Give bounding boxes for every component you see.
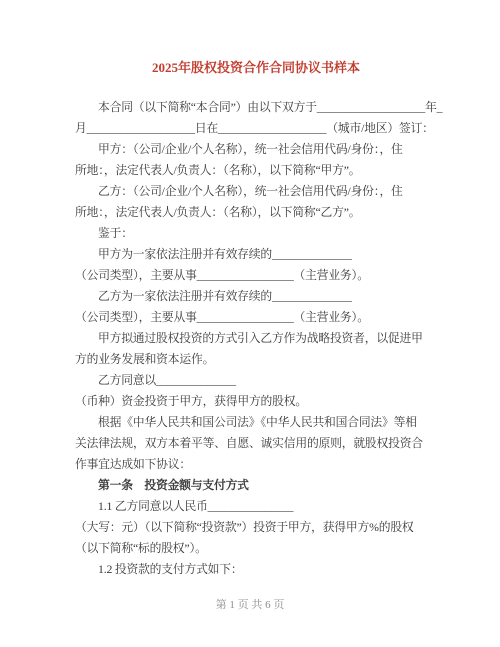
document-line: 乙方为一家依法注册并有效存续的______________ bbox=[75, 286, 437, 307]
document-line: 所地：，法定代表人/负责人：（名称），以下简称“乙方”。 bbox=[75, 202, 437, 223]
document-line: 甲方：（公司/企业/个人名称），统一社会信用代码/身份：，住 bbox=[75, 139, 437, 160]
document-line: 乙方同意以______________ bbox=[75, 370, 437, 391]
document-line: 1.1 乙方同意以人民币_______________ bbox=[75, 496, 437, 517]
document-line: 本合同（以下简称“本合同”）由以下双方于___________________年… bbox=[75, 97, 437, 118]
document-line: （公司类型），主要从事_________________（主营业务）。 bbox=[75, 307, 437, 328]
document-line: （币种）资金投资于甲方，获得甲方的股权。 bbox=[75, 391, 437, 412]
document-line: （以下简称“标的股权”）。 bbox=[75, 538, 437, 559]
document-line: 月___________________日在__________________… bbox=[75, 118, 437, 139]
page-number-footer: 第 1 页 共 6 页 bbox=[0, 595, 500, 616]
document-line: 甲方为一家依法注册并有效存续的______________ bbox=[75, 244, 437, 265]
document-line: 根据《中华人民共和国公司法》《中华人民共和国合同法》等相 bbox=[75, 412, 437, 433]
document-line: 关法律法规，双方本着平等、自愿、诚实信用的原则，就股权投资合 bbox=[75, 433, 437, 454]
document-line: 鉴于： bbox=[75, 223, 437, 244]
document-body: 2025年股权投资合作合同协议书样本 本合同（以下简称“本合同”）由以下双方于_… bbox=[75, 57, 437, 580]
document-line: 第一条 投资金额与支付方式 bbox=[75, 475, 437, 496]
document-line: 甲方拟通过股权投资的方式引入乙方作为战略投资者，以促进甲 bbox=[75, 328, 437, 349]
document-line: 所地：，法定代表人/负责人：（名称），以下简称“甲方”。 bbox=[75, 160, 437, 181]
document-line: （大写：元）（以下简称“投资款”）投资于甲方，获得甲方%的股权 bbox=[75, 517, 437, 538]
document-line: 方的业务发展和资本运作。 bbox=[75, 349, 437, 370]
document-lines: 本合同（以下简称“本合同”）由以下双方于___________________年… bbox=[75, 97, 437, 580]
document-line: 乙方：（公司/企业/个人名称），统一社会信用代码/身份：，住 bbox=[75, 181, 437, 202]
document-line: 作事宜达成如下协议： bbox=[75, 454, 437, 475]
document-page: 2025年股权投资合作合同协议书样本 本合同（以下简称“本合同”）由以下双方于_… bbox=[0, 0, 500, 647]
document-title: 2025年股权投资合作合同协议书样本 bbox=[75, 57, 437, 78]
document-line: 1.2 投资款的支付方式如下： bbox=[75, 559, 437, 580]
document-line: （公司类型），主要从事_________________（主营业务）。 bbox=[75, 265, 437, 286]
